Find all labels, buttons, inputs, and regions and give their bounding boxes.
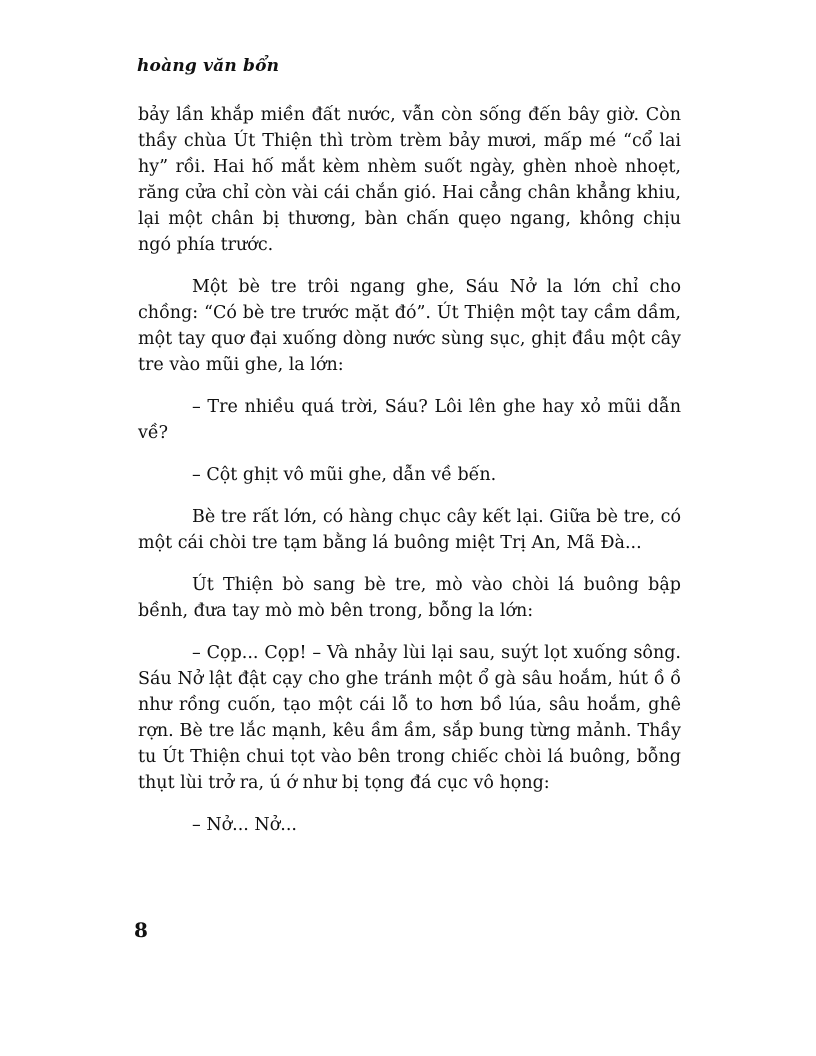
paragraph: Út Thiện bò sang bè tre, mò vào chòi lá … bbox=[138, 572, 681, 624]
paragraph: Một bè tre trôi ngang ghe, Sáu Nở la lớn… bbox=[138, 274, 681, 378]
body-text: bảy lần khắp miền đất nước, vẫn còn sống… bbox=[138, 102, 681, 854]
dialogue-line: – Tre nhiều quá trời, Sáu? Lôi lên ghe h… bbox=[138, 394, 681, 446]
book-page: hoàng văn bổn bảy lần khắp miền đất nước… bbox=[0, 0, 816, 1056]
dialogue-line: – Cọp... Cọp! – Và nhảy lùi lại sau, suý… bbox=[138, 640, 681, 796]
running-header-author: hoàng văn bổn bbox=[137, 56, 279, 76]
dialogue-line: – Nở... Nở... bbox=[138, 812, 681, 838]
page-number: 8 bbox=[134, 918, 148, 942]
paragraph-continued: bảy lần khắp miền đất nước, vẫn còn sống… bbox=[138, 102, 681, 258]
dialogue-line: – Cột ghịt vô mũi ghe, dẫn về bến. bbox=[138, 462, 681, 488]
paragraph: Bè tre rất lớn, có hàng chục cây kết lại… bbox=[138, 504, 681, 556]
